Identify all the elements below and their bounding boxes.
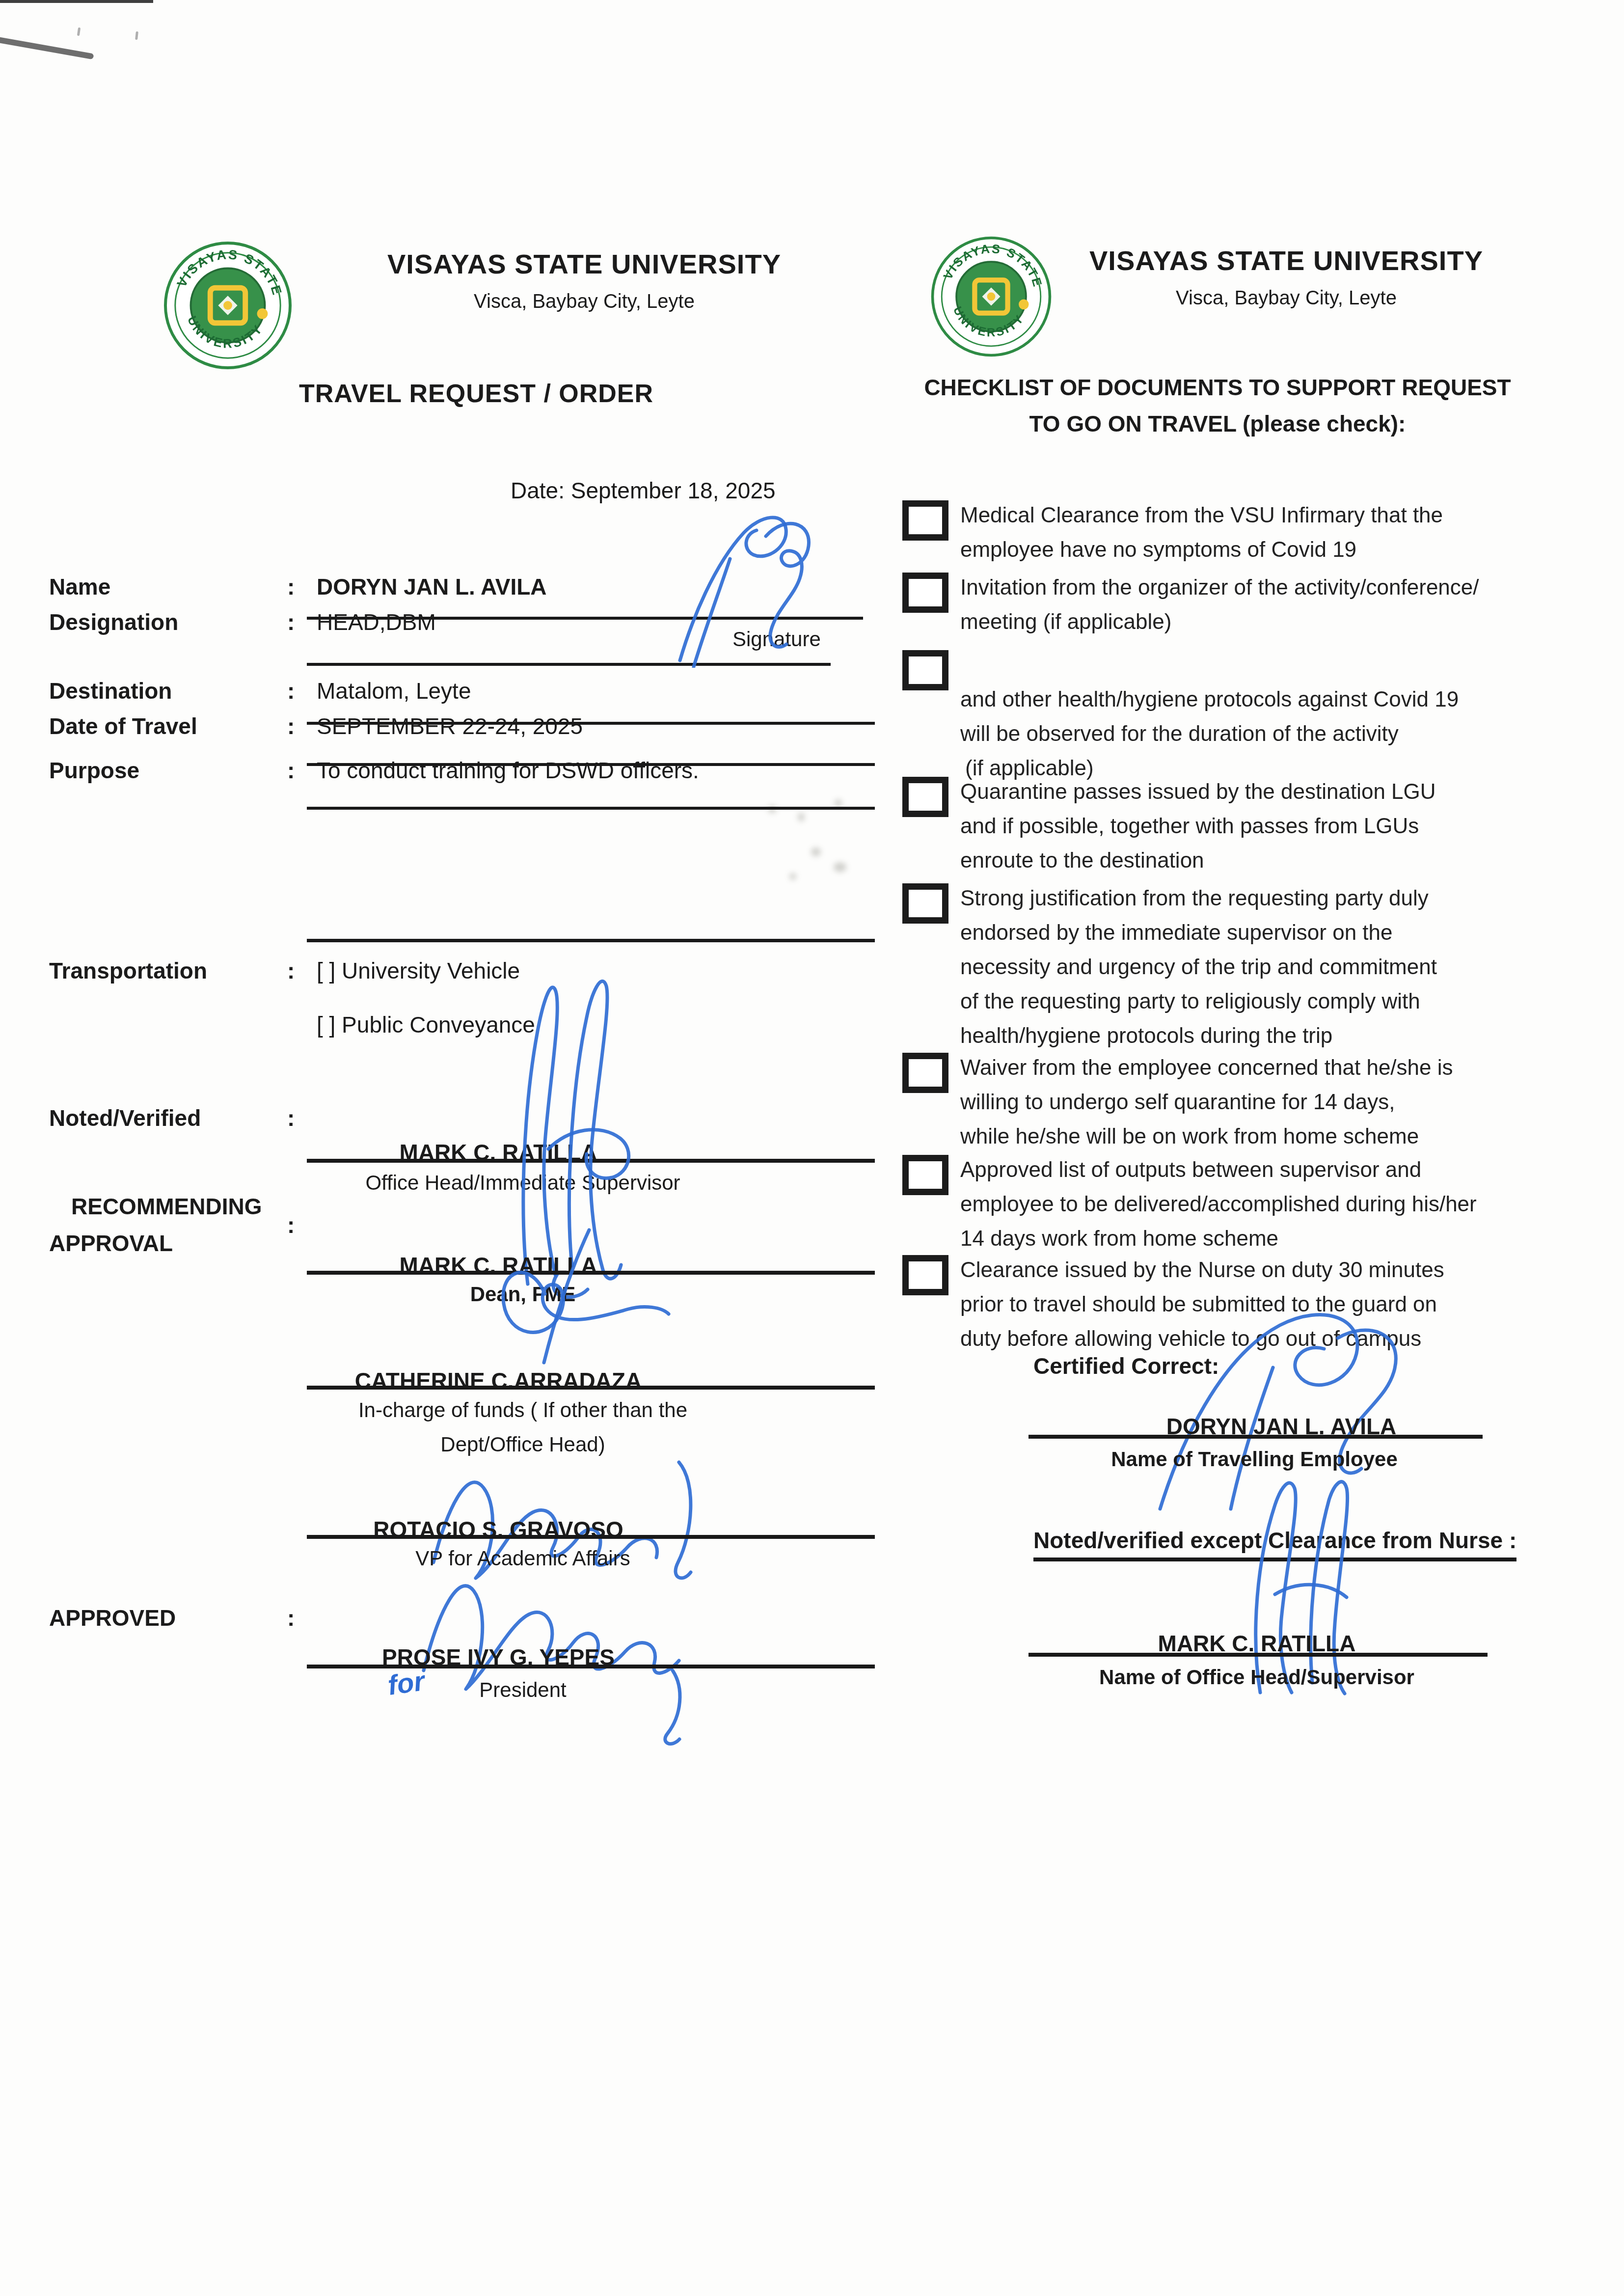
scan-edge-line [0, 0, 153, 3]
colon: : [287, 957, 295, 984]
noted-except-underline [1029, 1653, 1488, 1657]
checkbox-icon [902, 883, 948, 924]
colon: : [287, 713, 295, 739]
checklist-line: and other health/hygiene protocols again… [960, 683, 1459, 717]
checklist-line: health/hygiene protocols during the trip [960, 1019, 1437, 1053]
checkbox-icon [902, 777, 948, 817]
checklist-line: necessity and urgency of the trip and co… [960, 950, 1437, 984]
checklist-line: enroute to the destination [960, 844, 1436, 878]
scanned-travel-request-document: VISAYAS STATE UNIVERSITY VISAYAS STATE U… [0, 0, 1624, 2296]
checklist-line: of the requesting party to religiously c… [960, 984, 1437, 1019]
checklist-line: Quarantine passes issued by the destinat… [960, 775, 1436, 809]
scan-pen-streak [0, 37, 94, 60]
field-value-designation: HEAD,DBM [317, 609, 436, 635]
checklist-title-line2: TO GO ON TRAVEL (please check): [913, 406, 1522, 442]
signature-in-charge-of-funds [466, 1213, 677, 1375]
checklist-line: Medical Clearance from the VSU Infirmary… [960, 498, 1443, 533]
colon: : [287, 1105, 295, 1131]
scan-smudge [835, 799, 842, 807]
scan-speck [135, 31, 138, 40]
approved-underline [307, 1665, 875, 1668]
field-label-purpose: Purpose [49, 757, 139, 784]
form-title: TRAVEL REQUEST / ORDER [265, 379, 687, 409]
scan-smudge [798, 813, 805, 821]
colon: : [287, 1605, 295, 1631]
colon: : [287, 609, 295, 635]
checklist-item-medical-clearance: Medical Clearance from the VSU Infirmary… [902, 498, 1443, 567]
certified-underline [1029, 1435, 1483, 1439]
approved-label: APPROVED [49, 1605, 176, 1631]
checklist-line: Invitation from the organizer of the act… [960, 571, 1479, 605]
field-label-designation: Designation [49, 609, 178, 635]
checklist-item-waiver: Waiver from the employee concerned that … [902, 1051, 1453, 1154]
checklist-title-line1: CHECKLIST OF DOCUMENTS TO SUPPORT REQUES… [913, 369, 1522, 406]
noted-verified-label: Noted/Verified [49, 1105, 201, 1131]
checklist-title: CHECKLIST OF DOCUMENTS TO SUPPORT REQUES… [913, 369, 1522, 442]
scan-smudge [834, 862, 846, 872]
checkbox-icon [902, 1255, 948, 1295]
checkbox-icon [902, 650, 948, 690]
scan-speck [77, 27, 81, 36]
field-value-name: DORYN JAN L. AVILA [317, 574, 547, 600]
signature-employee [665, 506, 827, 668]
noted-except-title: Name of Office Head/Supervisor [1026, 1666, 1488, 1689]
checkbox-icon [902, 1053, 948, 1093]
checklist-line: meeting (if applicable) [960, 605, 1479, 639]
transportation-top-line [307, 939, 875, 942]
recommending-signatory-3-underline [307, 1535, 875, 1539]
checklist-line: will be observed for the duration of the… [960, 717, 1459, 751]
vsu-seal-logo: VISAYAS STATE UNIVERSITY [162, 240, 294, 371]
checklist-line: 14 days work from home scheme [960, 1222, 1477, 1256]
left-university-address: Visca, Baybay City, Leyte [295, 291, 874, 313]
checklist-line: Waiver from the employee concerned that … [960, 1051, 1453, 1085]
checklist-line: and if possible, together with passes fr… [960, 809, 1436, 844]
checklist-line [960, 648, 1459, 683]
checklist-line: willing to undergo self quarantine for 1… [960, 1085, 1453, 1120]
checklist-line: employee to be delivered/accomplished du… [960, 1187, 1477, 1222]
checkbox-icon [902, 1155, 948, 1195]
signature-flourish [653, 1665, 687, 1748]
recommending-signatory-2-underline [307, 1386, 875, 1390]
scan-smudge [789, 873, 796, 880]
checklist-line: Clearance issued by the Nurse on duty 30… [960, 1253, 1444, 1287]
checklist-item-strong-justification: Strong justification from the requesting… [902, 881, 1437, 1053]
right-university-name: VISAYAS STATE UNIVERSITY [1051, 245, 1522, 276]
field-underline-purpose [307, 807, 875, 810]
recommending-label-line2: APPROVAL [49, 1230, 173, 1257]
field-value-date-of-travel: SEPTEMBER 22-24, 2025 [317, 713, 583, 739]
colon: : [287, 1212, 295, 1238]
field-value-purpose: To conduct training for DSWD officers. [317, 757, 699, 784]
scan-smudge [811, 847, 821, 856]
checklist-line: while he/she will be on work from home s… [960, 1120, 1453, 1154]
approved-title: President [307, 1678, 739, 1702]
checklist-line: employee have no symptoms of Covid 19 [960, 533, 1443, 567]
colon: : [287, 678, 295, 704]
checkbox-icon [902, 500, 948, 541]
date-line: Date: September 18, 2025 [511, 477, 776, 504]
checklist-item-health-protocols: and other health/hygiene protocols again… [902, 648, 1459, 786]
checklist-line: Strong justification from the requesting… [960, 881, 1437, 916]
left-university-name: VISAYAS STATE UNIVERSITY [295, 248, 874, 280]
recommending-signatory-2-name: CATHERINE C.ARRADAZA [307, 1367, 690, 1394]
checkbox-icon [902, 573, 948, 613]
vsu-seal-logo: VISAYAS STATE UNIVERSITY [929, 235, 1053, 358]
checklist-line: Approved list of outputs between supervi… [960, 1153, 1477, 1187]
field-value-destination: Matalom, Leyte [317, 678, 471, 704]
checklist-item-invitation: Invitation from the organizer of the act… [902, 571, 1479, 639]
recommending-label-line1: RECOMMENDING [71, 1193, 262, 1220]
recommending-signatory-2-title-line1: In-charge of funds ( If other than the [307, 1398, 739, 1422]
field-label-date-of-travel: Date of Travel [49, 713, 197, 739]
checklist-item-approved-outputs: Approved list of outputs between supervi… [902, 1153, 1477, 1256]
transportation-label: Transportation [49, 957, 207, 984]
checklist-item-quarantine-passes: Quarantine passes issued by the destinat… [902, 775, 1436, 878]
checklist-line: endorsed by the immediate supervisor on … [960, 916, 1437, 950]
right-university-address: Visca, Baybay City, Leyte [1051, 287, 1522, 309]
colon: : [287, 574, 295, 600]
colon: : [287, 757, 295, 784]
field-label-name: Name [49, 574, 110, 600]
field-label-destination: Destination [49, 678, 172, 704]
